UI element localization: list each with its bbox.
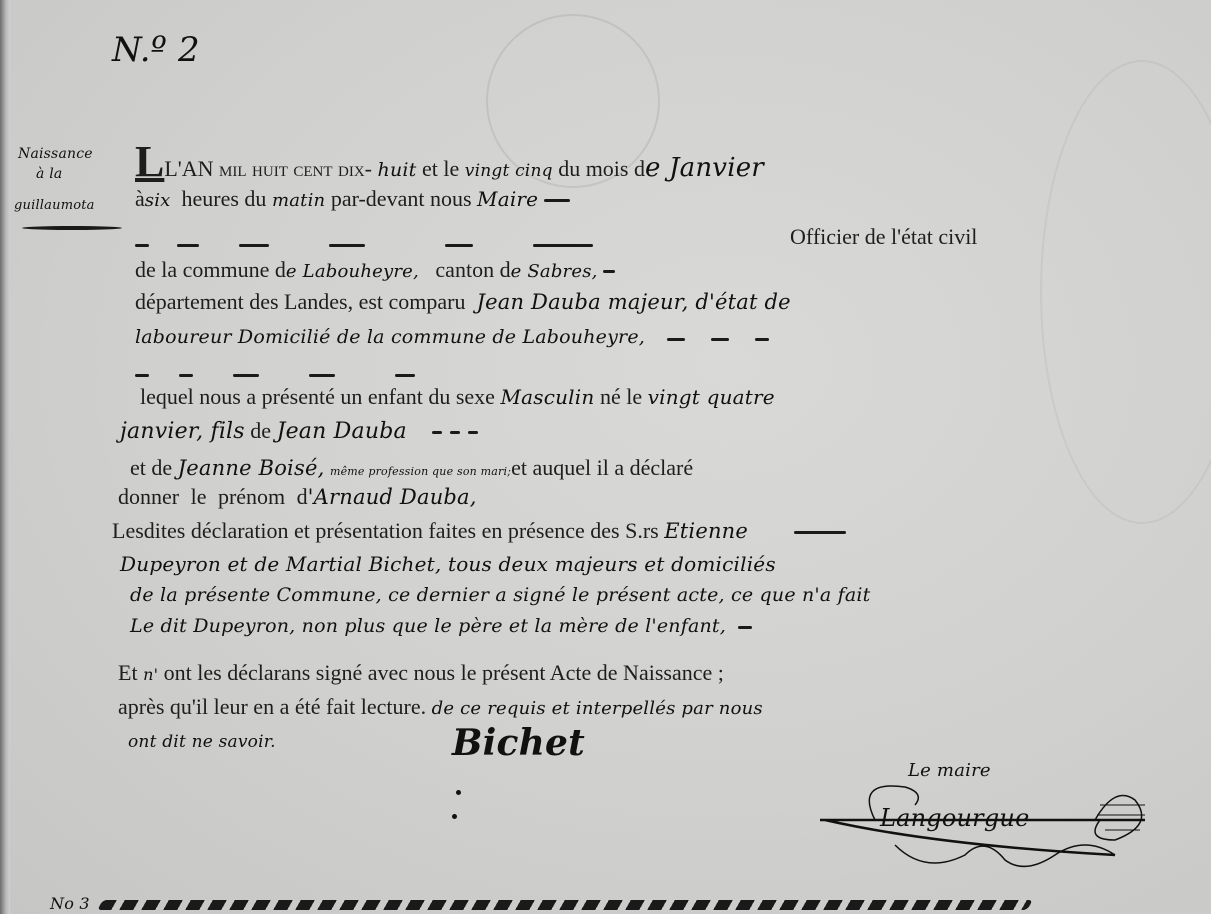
line-5: département des Landes, est comparu Jean… <box>135 289 791 315</box>
printed-text: heures du <box>182 186 267 211</box>
printed-text: Et <box>118 660 138 685</box>
printed-text: et le <box>422 156 459 181</box>
printed-text: et de <box>130 455 172 480</box>
ink-dot <box>456 790 461 795</box>
handwritten-day: vingt cinq <box>465 161 553 181</box>
handwritten-month-filiation: janvier, fils <box>120 419 245 444</box>
line-10: donner le prénom d'Arnaud Dauba, <box>118 484 477 510</box>
handwritten-period: matin <box>272 190 325 211</box>
entry-number: N.º 2 <box>112 30 200 70</box>
printed-text: par-devant nous <box>331 186 472 211</box>
line-14: Le dit Dupeyron, non plus que le père et… <box>130 615 752 637</box>
handwritten-sex: Masculin <box>500 385 594 409</box>
margin-note-line-1: Naissance <box>18 146 93 162</box>
faded-stamp-right <box>1040 60 1211 524</box>
line-2: àsix heures du matin par-devant nous Mai… <box>135 186 570 212</box>
handwritten-canton: e Sabres, <box>511 261 598 282</box>
filler-dash <box>603 270 615 273</box>
printed-text: de <box>250 418 271 443</box>
handwritten-officer: Maire <box>477 187 538 211</box>
handwritten-negation: n' <box>143 665 158 684</box>
document-page: N.º 2 Naissance à la guillaumota LL'AN m… <box>0 0 1211 914</box>
printed-text: du mois d <box>558 156 645 181</box>
handwritten-mother: Jeanne Boisé, <box>178 456 325 480</box>
handwritten-month: e Janvier <box>645 153 764 183</box>
drop-cap-L: L <box>135 137 164 186</box>
ink-dot <box>452 814 457 819</box>
handwritten-witness-1: Etienne <box>664 519 748 543</box>
entry-separator <box>97 900 1033 910</box>
printed-text: et auquel il a déclaré <box>511 455 693 480</box>
filler-dashes-row <box>135 366 415 384</box>
line-7: lequel nous a présenté un enfant du sexe… <box>140 384 775 410</box>
mayor-signature: Langourgue <box>880 804 1029 832</box>
printed-text: à <box>135 186 145 211</box>
line-3: Officier de l'état civil <box>790 224 977 250</box>
printed-text: donner le prénom d <box>118 484 308 509</box>
handwritten-hour: six <box>145 190 171 211</box>
handwritten-text: de ce requis et interpellés par nous <box>432 698 763 719</box>
handwritten-mother-profession: même profession que son mari; <box>330 465 511 478</box>
line-13: de la présente Commune, ce dernier a sig… <box>130 584 871 606</box>
page-binding-edge <box>0 0 10 914</box>
printed-text: lequel nous a présenté un enfant du sexe <box>140 384 495 409</box>
printed-text: ont les déclarans signé avec nous le pré… <box>164 660 724 685</box>
filler-dash <box>544 199 570 202</box>
margin-flourish <box>22 226 122 230</box>
handwritten-text: Le dit Dupeyron, non plus que le père et… <box>130 615 726 637</box>
line-11: Lesdites déclaration et présentation fai… <box>112 518 846 544</box>
margin-note-line-2: à la <box>36 166 62 182</box>
line-6: laboureur Domicilié de la commune de Lab… <box>135 326 769 348</box>
margin-note-line-3: guillaumota <box>14 198 95 213</box>
line-8: janvier, fils de Jean Dauba <box>120 418 478 444</box>
handwritten-occupation: laboureur Domicilié de la commune de Lab… <box>135 326 645 348</box>
handwritten-year: huit <box>378 159 417 181</box>
next-entry-number: No 3 <box>50 894 90 913</box>
line-17: ont dit ne savoir. <box>128 732 276 752</box>
handwritten-father: Jean Dauba <box>277 419 407 444</box>
handwritten-commune: e Labouheyre, <box>286 261 419 282</box>
handwritten-birth-day: vingt quatre <box>648 385 775 409</box>
line-4: de la commune de Labouheyre, canton de S… <box>135 257 615 283</box>
printed-text: après qu'il leur en a été fait lecture. <box>118 694 426 719</box>
printed-text: né le <box>600 384 642 409</box>
line-15: Et n' ont les déclarans signé avec nous … <box>118 660 724 686</box>
printed-text: de la commune d <box>135 257 286 282</box>
line-12: Dupeyron et de Martial Bichet, tous deux… <box>120 552 776 576</box>
filler-dashes-row <box>135 236 593 254</box>
handwritten-given-name: 'Arnaud Dauba, <box>308 485 477 509</box>
printed-text: canton d <box>435 257 510 282</box>
line-9: et de Jeanne Boisé, même profession que … <box>130 455 693 481</box>
printed-text: Lesdites déclaration et présentation fai… <box>112 518 659 543</box>
handwritten-declarant: Jean Dauba majeur, d'état de <box>476 290 790 314</box>
printed-text: L'AN mil huit cent dix- <box>164 156 372 181</box>
line-16: après qu'il leur en a été fait lecture. … <box>118 694 763 720</box>
printed-text: département des Landes, est comparu <box>135 289 465 314</box>
witness-signature: Bichet <box>452 722 585 764</box>
line-1: LL'AN mil huit cent dix- huit et le ving… <box>135 140 764 184</box>
